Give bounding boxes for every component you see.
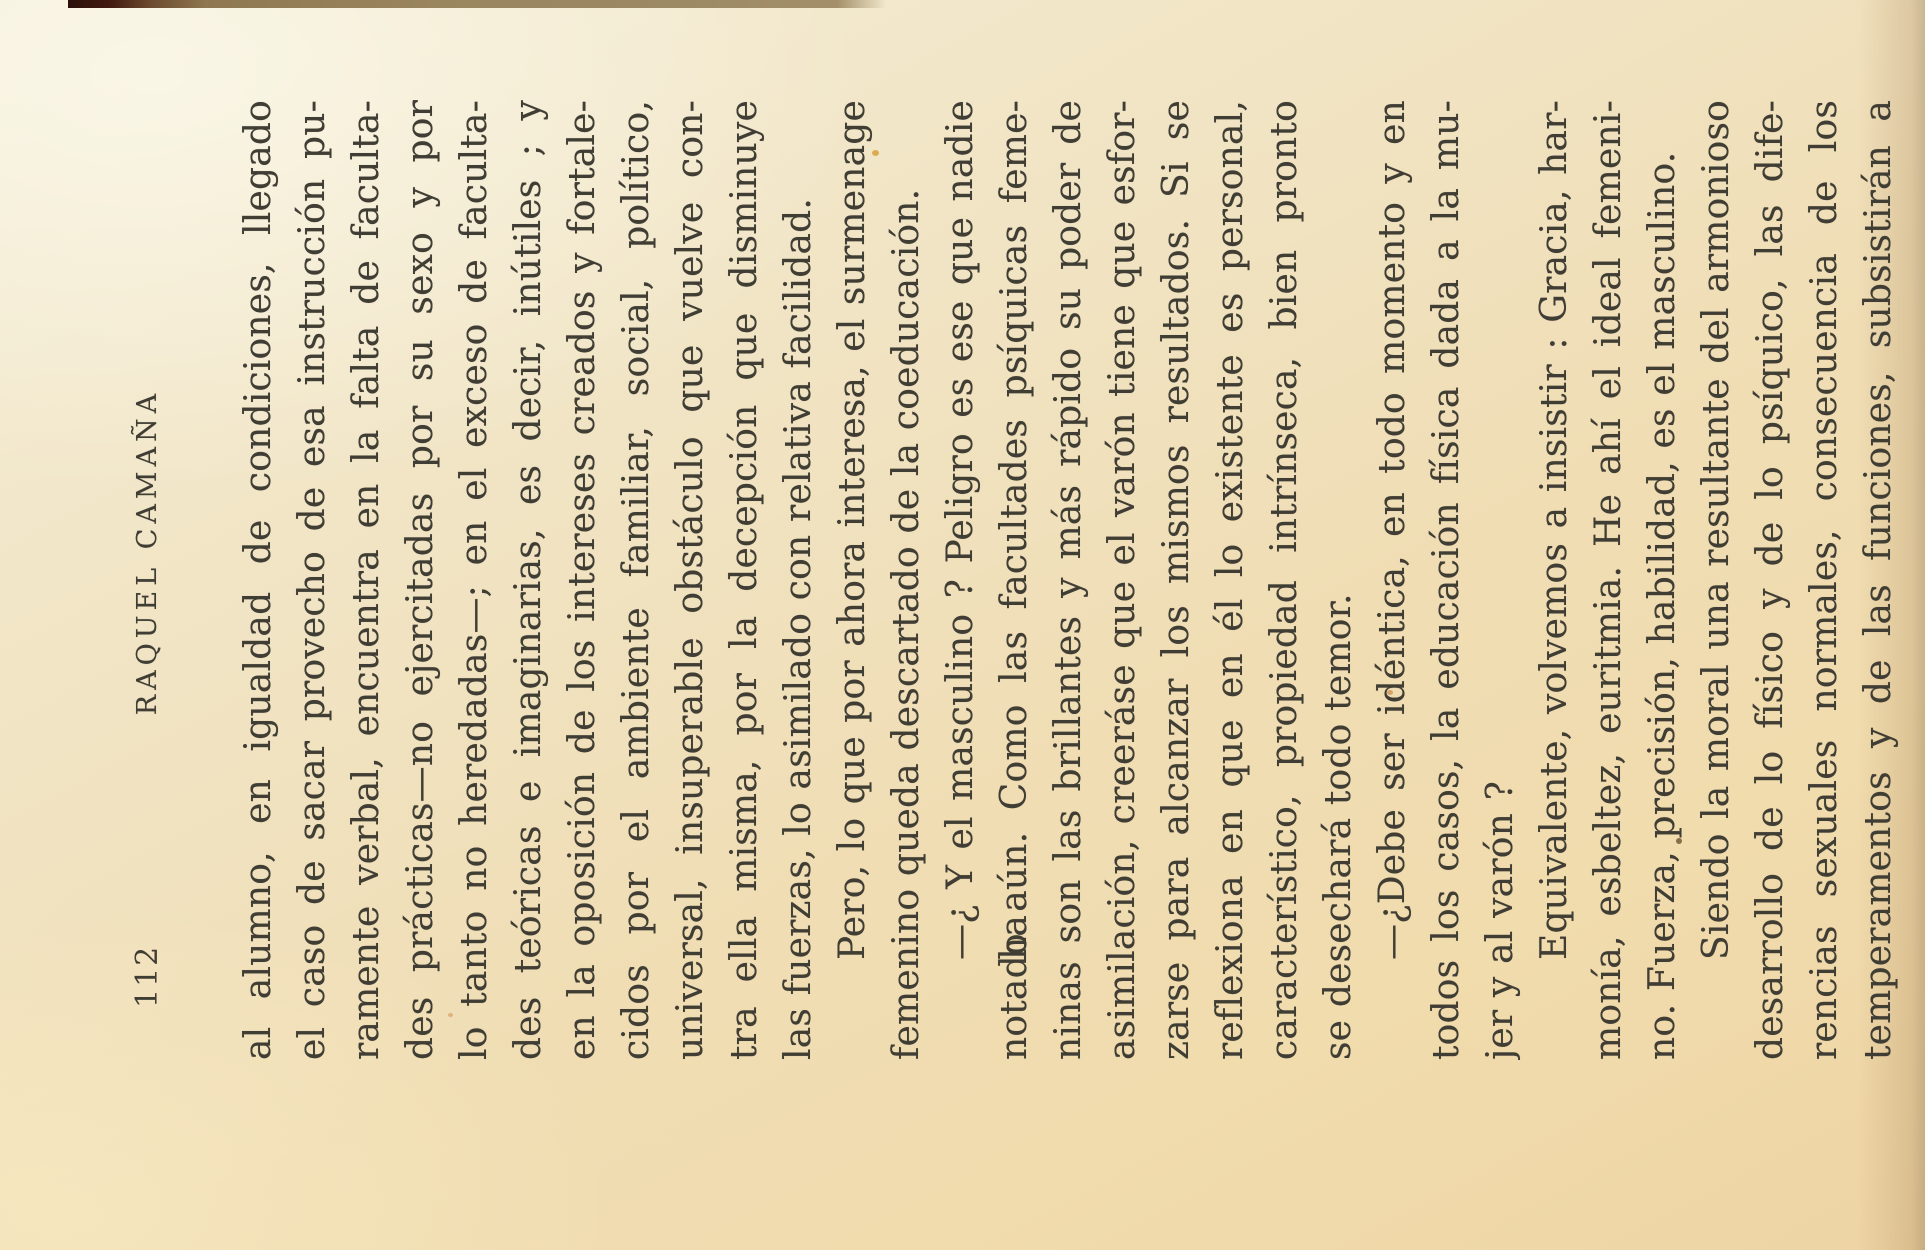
text-line: Siendo la moral una resultante del armon…	[1690, 100, 1744, 960]
text-line: Pero, lo que por ahora interesa, el surm…	[826, 100, 880, 960]
text-line: asimilación, creeráse que el varón tiene…	[1096, 100, 1150, 1060]
text-line: cidos por el ambiente familiar, social, …	[610, 100, 664, 1060]
text-line: femenino queda descartado de la coeducac…	[880, 100, 934, 1060]
text-line: des prácticas—no ejercitadas por su sexo…	[394, 100, 448, 1060]
text-line: todos los casos, la educación física dad…	[1420, 100, 1474, 1060]
text-line: ninas son las brillantes y más rápido su…	[1042, 100, 1096, 1060]
text-line: al alumno, en igualdad de condiciones, l…	[232, 100, 286, 1060]
text-line: en la oposición de los intereses creados…	[556, 100, 610, 1060]
text-line: rencias sexuales normales, consecuencia …	[1798, 100, 1852, 1060]
book-page: 112 RAQUEL CAMAÑA al alumno, en igualdad…	[0, 0, 1925, 1250]
running-head-row: 112 RAQUEL CAMAÑA	[118, 100, 178, 1060]
text-line: jer y al varón ?	[1474, 100, 1528, 1060]
text-line: reflexiona en que en él lo existente es …	[1204, 100, 1258, 1060]
scanned-book-page: 112 RAQUEL CAMAÑA al alumno, en igualdad…	[0, 0, 1925, 1250]
text-line: no. Fuerza, precisión, habilidad, es el …	[1636, 100, 1690, 1060]
text-line: se desechará todo temor.	[1312, 100, 1366, 1060]
text-line: tra ella misma, por la decepción que dis…	[718, 100, 772, 1060]
text-line: des teóricas e imaginarias, es decir, in…	[502, 100, 556, 1060]
text-line: universal, insuperable obstáculo que vue…	[664, 100, 718, 1060]
text-line: zarse para alcanzar los mismos resultado…	[1150, 100, 1204, 1060]
text-line: las fuerzas, lo asimilado con relativa f…	[772, 100, 826, 1060]
text-line: notado aún. Como las facultades psíquica…	[988, 100, 1042, 1060]
text-line: temperamentos y de las funciones, subsis…	[1852, 100, 1906, 1060]
text-line: —¿Debe ser idéntica, en todo momento y e…	[1366, 100, 1420, 960]
text-line: Equivalente, volvemos a insistir : Graci…	[1528, 100, 1582, 960]
text-line: lo tanto no heredadas—; en el exceso de …	[448, 100, 502, 1060]
text-block: al alumno, en igualdad de condiciones, l…	[232, 100, 1912, 1060]
page-number: 112	[118, 945, 178, 1008]
text-line: monía, esbeltez, euritmia. He ahí el ide…	[1582, 100, 1636, 1060]
text-line: —¿ Y el masculino ? Peligro es ese que n…	[934, 100, 988, 960]
text-line: el caso de sacar provecho de esa instruc…	[286, 100, 340, 1060]
text-line: desarrollo de lo físico y de lo psíquico…	[1744, 100, 1798, 1060]
text-line: característico, propiedad intrínseca, bi…	[1258, 100, 1312, 1060]
running-head-author: RAQUEL CAMAÑA	[118, 100, 178, 1060]
text-line: ramente verbal, encuentra en la falta de…	[340, 100, 394, 1060]
